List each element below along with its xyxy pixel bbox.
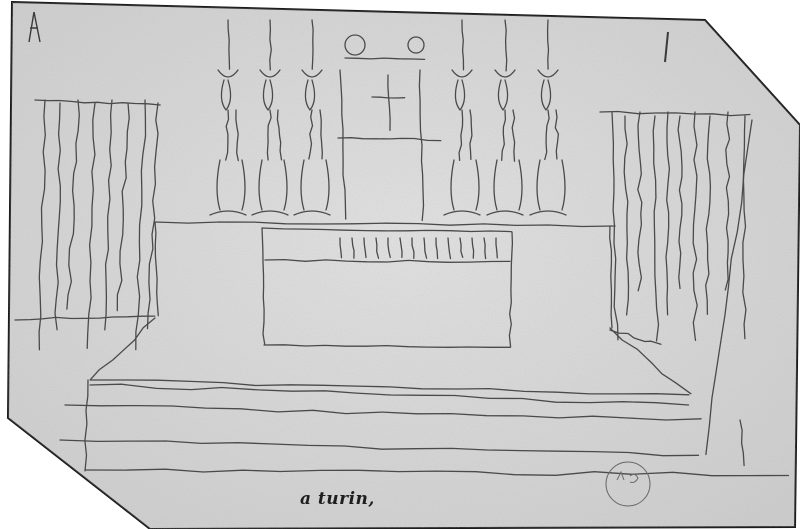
sketch-sheet <box>0 0 800 529</box>
handwritten-caption: a turin, <box>300 489 375 509</box>
